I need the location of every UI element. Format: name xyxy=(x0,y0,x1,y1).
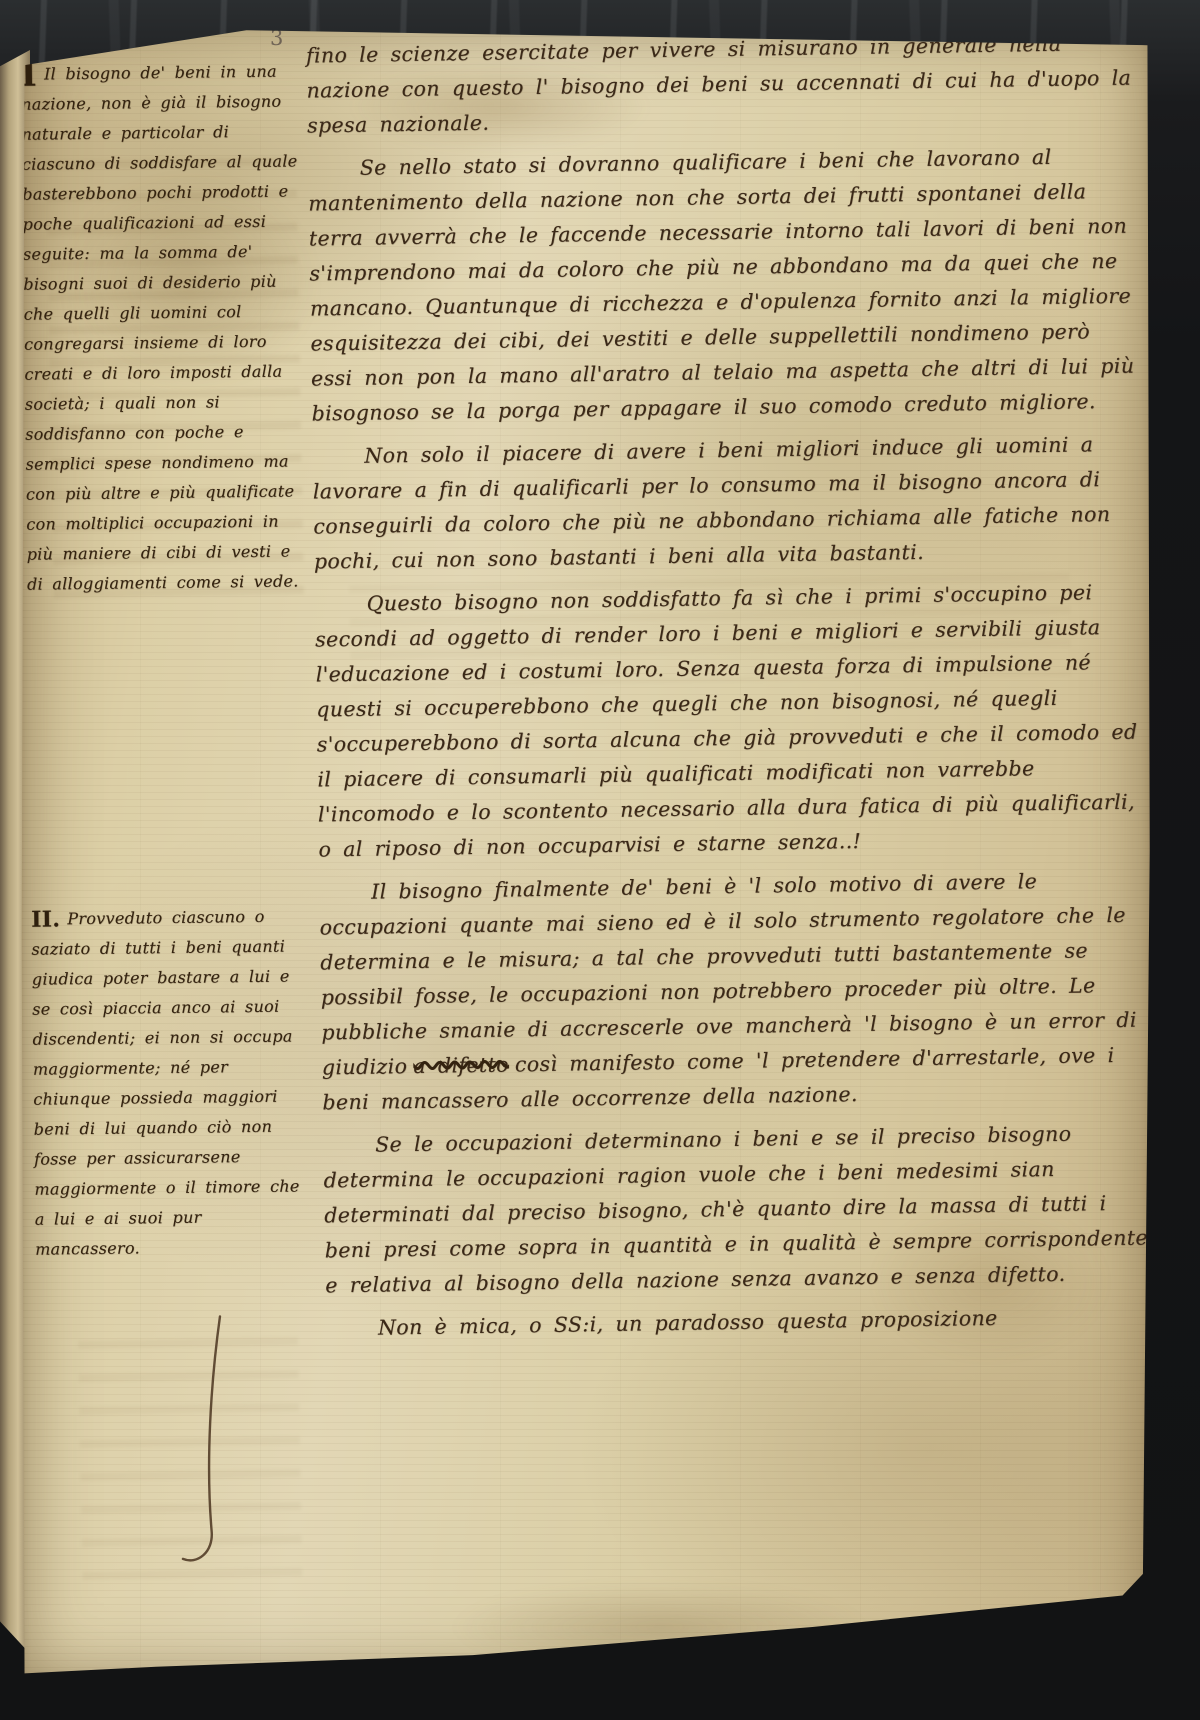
scanned-page-background: 3 I Il bisogno de' beni in una nazione, … xyxy=(0,0,1200,1720)
paragraph-5: Il bisogno finalmente de' beni è 'l solo… xyxy=(319,862,1149,1120)
margin-column: I Il bisogno de' beni in una nazione, no… xyxy=(21,56,322,1599)
paper-stain xyxy=(450,1582,870,1672)
margin-pen-stroke-icon xyxy=(176,1312,239,1573)
margin-note-2: II. Provveduto ciascuno o saziato di tut… xyxy=(31,901,311,1264)
margin-note-2-numeral: II. xyxy=(31,904,61,934)
paragraph-continuation: fino le scienze esercitate per vivere si… xyxy=(306,26,1134,144)
paragraph-6: Se le occupazioni determinano i beni e s… xyxy=(323,1115,1152,1303)
paragraph-4: Questo bisogno non soddisfatto fa sì che… xyxy=(314,575,1144,868)
main-text-column: fino le scienze esercitate per vivere si… xyxy=(306,26,1153,1355)
struck-word: a difetto xyxy=(413,1053,509,1078)
margin-note-1-text: Il bisogno de' beni in una nazione, non … xyxy=(21,62,299,594)
page-number: 3 xyxy=(270,26,284,50)
paragraph-2: Se nello stato si dovranno qualificare i… xyxy=(307,139,1137,432)
margin-note-1: I Il bisogno de' beni in una nazione, no… xyxy=(21,56,310,599)
paragraph-3: Non solo il piacere di avere i beni migl… xyxy=(312,427,1140,580)
margin-note-2-text: Provveduto ciascuno o saziato di tutti i… xyxy=(31,907,299,1259)
manuscript-paper: 3 I Il bisogno de' beni in una nazione, … xyxy=(20,22,1152,1680)
paragraph-7: Non è mica, o SS:i, un paradosso questa … xyxy=(326,1298,1152,1346)
